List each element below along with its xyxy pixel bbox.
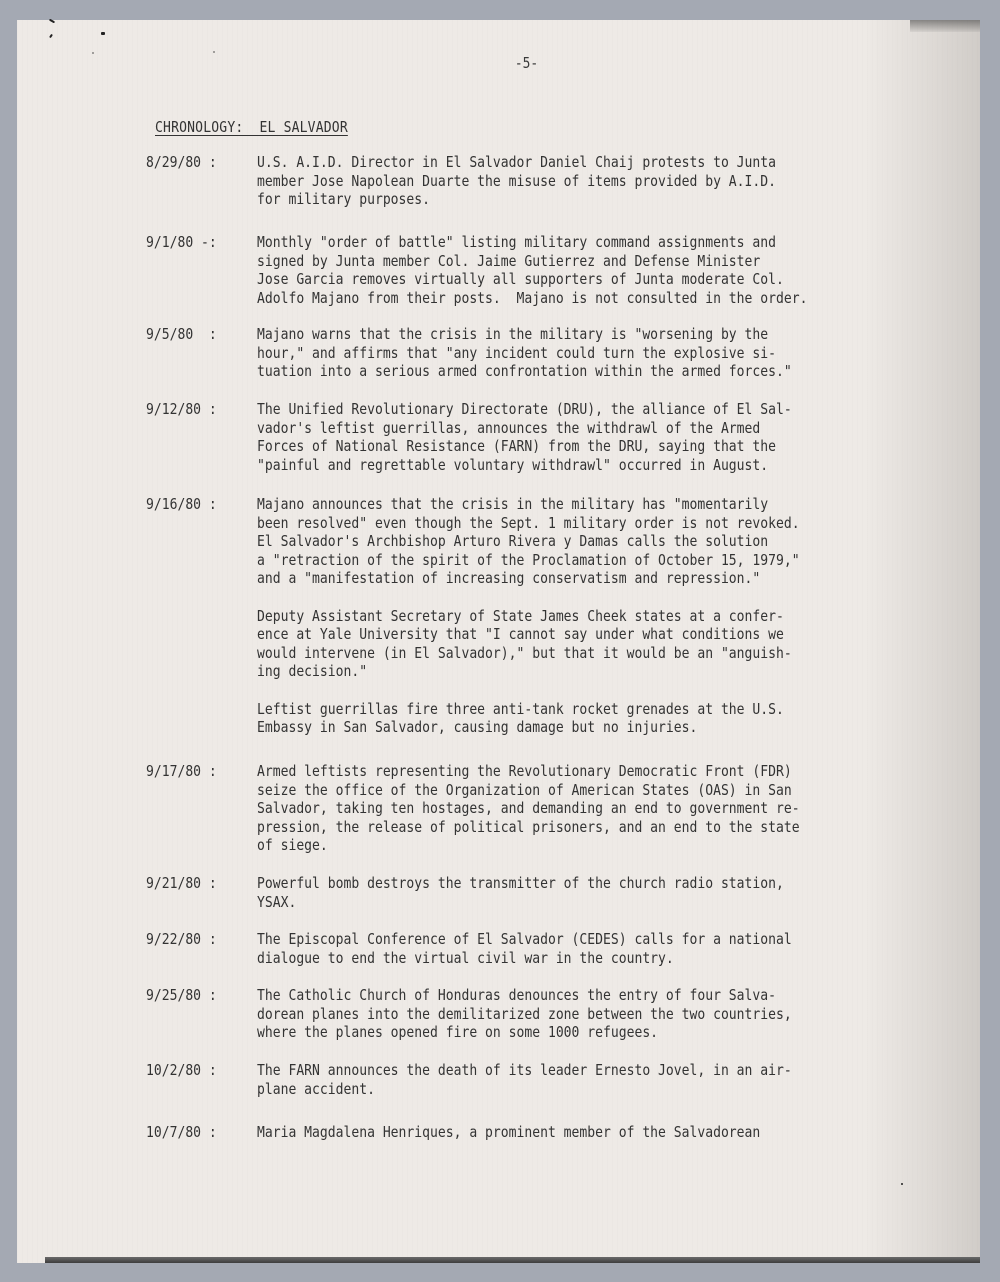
- text-line: The FARN announces the death of its lead…: [257, 1061, 792, 1080]
- text-line: Adolfo Majano from their posts. Majano i…: [257, 289, 807, 308]
- entry-text: The Unified Revolutionary Directorate (D…: [257, 400, 792, 474]
- text-line: Salvador, taking ten hostages, and deman…: [257, 799, 800, 818]
- text-line: Jose Garcia removes virtually all suppor…: [257, 270, 807, 289]
- entry-paragraph: The Unified Revolutionary Directorate (D…: [257, 400, 792, 474]
- text-line: seize the office of the Organization of …: [257, 781, 800, 800]
- entry-date: 9/25/80 :: [146, 986, 217, 1005]
- text-line: signed by Junta member Col. Jaime Gutier…: [257, 252, 807, 271]
- text-line: El Salvador's Archbishop Arturo Rivera y…: [257, 532, 800, 551]
- scan-speck: [49, 34, 53, 38]
- text-line: U.S. A.I.D. Director in El Salvador Dani…: [257, 153, 776, 172]
- entry-paragraph: Armed leftists representing the Revoluti…: [257, 762, 800, 855]
- entry-paragraph: The Catholic Church of Honduras denounce…: [257, 986, 792, 1042]
- scan-smudge: [910, 20, 980, 32]
- text-line: Majano warns that the crisis in the mili…: [257, 325, 792, 344]
- entry-date: 9/16/80 :: [146, 495, 217, 514]
- entry-date: 8/29/80 :: [146, 153, 217, 172]
- entry-paragraph: Majano warns that the crisis in the mili…: [257, 325, 792, 381]
- entry-paragraph: Powerful bomb destroys the transmitter o…: [257, 874, 784, 911]
- text-line: where the planes opened fire on some 100…: [257, 1023, 792, 1042]
- entry-paragraph: Deputy Assistant Secretary of State Jame…: [257, 607, 800, 681]
- entry-date: 9/1/80 -:: [146, 233, 217, 252]
- text-line: been resolved" even though the Sept. 1 m…: [257, 514, 800, 533]
- entry-text: The FARN announces the death of its lead…: [257, 1061, 792, 1098]
- text-line: ing decision.": [257, 662, 800, 681]
- scan-speck: [213, 51, 215, 53]
- entry-paragraph: Monthly "order of battle" listing milita…: [257, 233, 807, 307]
- text-line: member Jose Napolean Duarte the misuse o…: [257, 172, 776, 191]
- entry-paragraph: Majano announces that the crisis in the …: [257, 495, 800, 588]
- text-line: "painful and regrettable voluntary withd…: [257, 456, 792, 475]
- text-line: of siege.: [257, 836, 800, 855]
- scan-bottom-edge: [45, 1257, 980, 1263]
- entry-date: 9/17/80 :: [146, 762, 217, 781]
- text-line: The Episcopal Conference of El Salvador …: [257, 930, 792, 949]
- text-line: Armed leftists representing the Revoluti…: [257, 762, 800, 781]
- entry-text: The Catholic Church of Honduras denounce…: [257, 986, 792, 1042]
- text-line: Embassy in San Salvador, causing damage …: [257, 718, 800, 737]
- text-line: ence at Yale University that "I cannot s…: [257, 625, 800, 644]
- text-line: The Catholic Church of Honduras denounce…: [257, 986, 792, 1005]
- entry-date: 9/21/80 :: [146, 874, 217, 893]
- page-title: CHRONOLOGY: EL SALVADOR: [155, 118, 348, 136]
- text-line: Majano announces that the crisis in the …: [257, 495, 800, 514]
- text-line: dorean planes into the demilitarized zon…: [257, 1005, 792, 1024]
- text-line: plane accident.: [257, 1080, 792, 1099]
- text-line: Powerful bomb destroys the transmitter o…: [257, 874, 784, 893]
- entry-text: Maria Magdalena Henriques, a prominent m…: [257, 1123, 760, 1142]
- text-line: Monthly "order of battle" listing milita…: [257, 233, 807, 252]
- text-line: Leftist guerrillas fire three anti-tank …: [257, 700, 800, 719]
- scan-speck: [92, 52, 94, 54]
- text-line: dialogue to end the virtual civil war in…: [257, 949, 792, 968]
- document-page: -5- CHRONOLOGY: EL SALVADOR 8/29/80 :U.S…: [17, 20, 980, 1263]
- text-line: YSAX.: [257, 893, 784, 912]
- text-line: Maria Magdalena Henriques, a prominent m…: [257, 1123, 760, 1142]
- entry-date: 9/5/80 :: [146, 325, 217, 344]
- text-line: hour," and affirms that "any incident co…: [257, 344, 792, 363]
- entry-paragraph: U.S. A.I.D. Director in El Salvador Dani…: [257, 153, 776, 209]
- entry-text: Monthly "order of battle" listing milita…: [257, 233, 807, 307]
- scan-speck: [901, 1183, 903, 1185]
- entry-date: 10/2/80 :: [146, 1061, 217, 1080]
- text-line: The Unified Revolutionary Directorate (D…: [257, 400, 792, 419]
- text-line: pression, the release of political priso…: [257, 818, 800, 837]
- text-line: vador's leftist guerrillas, announces th…: [257, 419, 792, 438]
- scan-speck: [101, 32, 105, 35]
- text-line: Deputy Assistant Secretary of State Jame…: [257, 607, 800, 626]
- entry-text: Majano warns that the crisis in the mili…: [257, 325, 792, 381]
- entry-paragraph: Maria Magdalena Henriques, a prominent m…: [257, 1123, 760, 1142]
- entry-date: 9/12/80 :: [146, 400, 217, 419]
- entry-text: The Episcopal Conference of El Salvador …: [257, 930, 792, 967]
- text-line: for military purposes.: [257, 190, 776, 209]
- entry-text: Powerful bomb destroys the transmitter o…: [257, 874, 784, 911]
- text-line: Forces of National Resistance (FARN) fro…: [257, 437, 792, 456]
- scan-speck: [49, 19, 55, 24]
- entry-text: Armed leftists representing the Revoluti…: [257, 762, 800, 855]
- entry-date: 10/7/80 :: [146, 1123, 217, 1142]
- entry-paragraph: Leftist guerrillas fire three anti-tank …: [257, 700, 800, 737]
- text-line: would intervene (in El Salvador)," but t…: [257, 644, 800, 663]
- text-line: tuation into a serious armed confrontati…: [257, 362, 792, 381]
- entry-text: Majano announces that the crisis in the …: [257, 495, 800, 737]
- entry-text: U.S. A.I.D. Director in El Salvador Dani…: [257, 153, 776, 209]
- page-number: -5-: [505, 54, 548, 72]
- entry-date: 9/22/80 :: [146, 930, 217, 949]
- entry-paragraph: The Episcopal Conference of El Salvador …: [257, 930, 792, 967]
- text-line: a "retraction of the spirit of the Procl…: [257, 551, 800, 570]
- text-line: and a "manifestation of increasing conse…: [257, 569, 800, 588]
- entry-paragraph: The FARN announces the death of its lead…: [257, 1061, 792, 1098]
